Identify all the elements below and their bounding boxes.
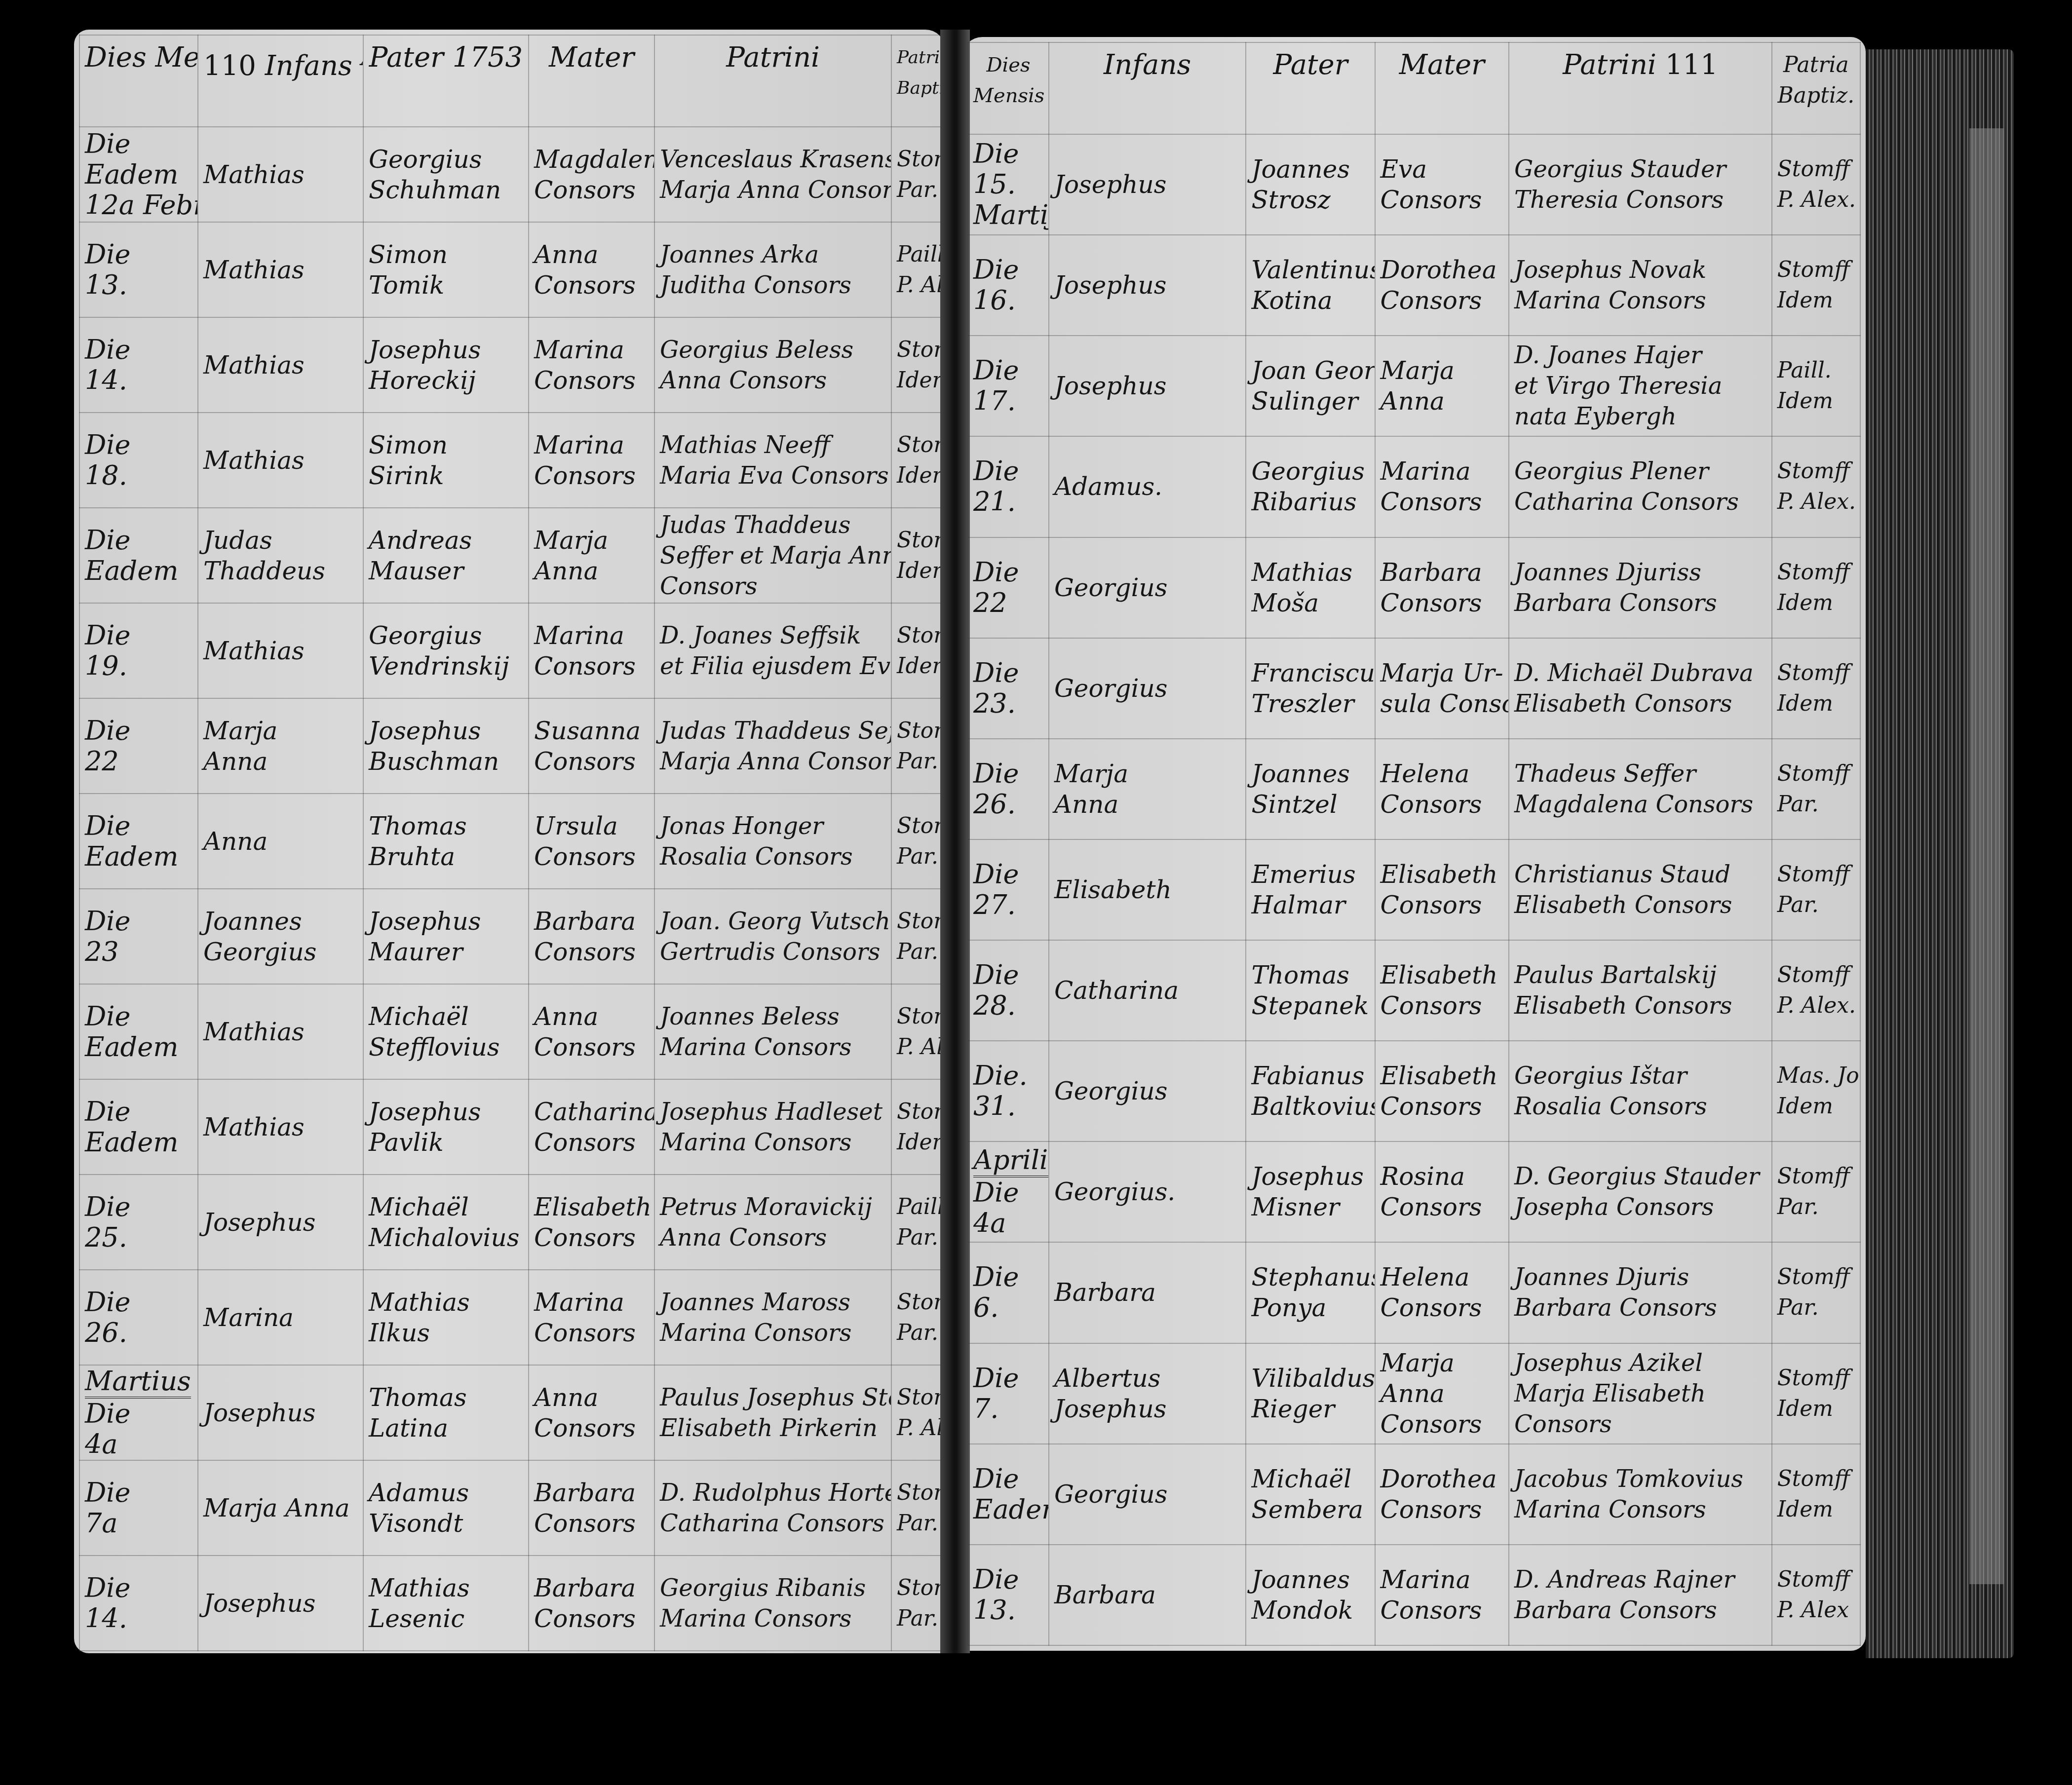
patrini-text: Jonas Honger [660, 811, 886, 841]
register-entry-row: Die.31.GeorgiusFabianusBaltkoviusElisabe… [968, 1041, 1860, 1141]
mater-text: Ursula [534, 811, 649, 841]
right-register-table: Dies Mensis Infans Pater Mater Patrini 1… [967, 42, 1861, 1646]
register-entry-row: Die22GeorgiusMathiasMošaBarbaraConsorsJo… [968, 537, 1860, 638]
mater-text: Consors [1381, 285, 1503, 316]
mater-text: Barbara [534, 1478, 649, 1508]
baptizans-text: Stomff [897, 1382, 935, 1413]
mater-text: Consors [1381, 789, 1503, 820]
date-text: 19. [85, 651, 192, 682]
register-entry-row: DieEademAnnaThomasBruhtaUrsulaConsorsJon… [79, 794, 941, 889]
cell-infans: Mathias [198, 603, 363, 698]
date-text: Die. [973, 1061, 1043, 1091]
patrini-text: et Filia ejusdem Eva [660, 651, 886, 682]
mater-text: Susanna [534, 716, 649, 746]
header-date-label: Dies Mensis [85, 41, 198, 74]
cell-mater: MarinaConsors [529, 1270, 654, 1365]
cell-baptizans: StomffIdem [1772, 1343, 1860, 1444]
patrini-text: Catharina Consors [1514, 487, 1766, 517]
patrini-text: Christianus Staud [1514, 859, 1766, 890]
register-entry-row: DieEademJudasThaddeusAndreasMauserMarjaA… [79, 508, 941, 603]
header-infans-label: Infans [1104, 49, 1191, 81]
date-text: Die [85, 1192, 192, 1222]
mater-text: Consors [1381, 185, 1503, 215]
pater-text: Josephus [369, 1097, 523, 1127]
infans-text: Mathias [203, 159, 358, 190]
mater-text: Eva [1381, 154, 1503, 185]
baptizans-text: Stomff [1777, 1161, 1855, 1192]
pater-text: Rieger [1251, 1394, 1369, 1424]
header-baptizans: Patrini Baptiz. [891, 35, 941, 127]
date-text: Eadem [85, 159, 192, 190]
pater-text: Josephus [369, 335, 523, 365]
mater-text: Consors [1381, 1409, 1503, 1440]
infans-text: Josephus [203, 1207, 358, 1238]
cell-pater: MathiasMoša [1246, 537, 1375, 638]
cell-date: MartiusDie4a [79, 1365, 198, 1460]
cell-patrini: Josephus HadlesetMarina Consors [654, 1079, 891, 1175]
cell-infans: JoannesGeorgius [198, 889, 363, 984]
patrini-text: Anna Consors [660, 1222, 886, 1253]
patrini-text: Thadeus Seffer [1514, 759, 1766, 789]
cell-date: DieEadem [79, 508, 198, 603]
cell-baptizans: StomffIdem [1772, 638, 1860, 739]
mater-text: Catharina [534, 1097, 649, 1127]
register-entry-row: Die14.JosephusMathiasLesenicBarbaraConso… [79, 1556, 941, 1651]
date-text: Die [85, 620, 192, 651]
cell-infans: Georgius [1049, 638, 1246, 739]
cell-date: Die26. [79, 1270, 198, 1365]
pater-text: Franciscus [1251, 658, 1369, 688]
baptizans-text: P. Alex [1777, 1595, 1855, 1626]
patrini-text: Marja Anna Consors [660, 175, 886, 205]
cell-infans: Mathias [198, 127, 363, 222]
cell-baptizans: StomffIdem [891, 317, 941, 413]
cell-infans: AlbertusJosephus [1049, 1343, 1246, 1444]
baptizans-text: Idem [1777, 386, 1855, 417]
pater-text: Thomas [369, 811, 523, 841]
patrini-text: Josephus Novak [1514, 255, 1766, 285]
cell-mater: UrsulaConsors [529, 794, 654, 889]
cell-pater: MathiasLesenic [363, 1556, 529, 1651]
cell-mater: MarjaAnna [1375, 336, 1509, 436]
cell-mater: MarinaConsors [529, 603, 654, 698]
mater-text: Barbara [534, 1573, 649, 1603]
cell-pater: JosephusHoreckij [363, 317, 529, 413]
baptizans-text: Idem [1777, 285, 1855, 316]
register-entry-row: Die7.AlbertusJosephusVilibaldusRiegerMar… [968, 1343, 1860, 1444]
date-text: Die [973, 557, 1043, 588]
patrini-text: Barbara Consors [1514, 1595, 1766, 1626]
mater-text: Marina [534, 335, 649, 365]
cell-mater: ElisabethConsors [529, 1175, 654, 1270]
pater-text: Georgius [369, 620, 523, 651]
header-patrini: Patrini 111 [1509, 42, 1772, 134]
date-text: Eadem [85, 1032, 192, 1063]
mater-text: Consors [1381, 1091, 1503, 1122]
cell-patrini: Georgius RibanisMarina Consors [654, 1556, 891, 1651]
register-entry-row: MartiusDie4aJosephusThomasLatinaAnnaCons… [79, 1365, 941, 1460]
cell-mater: DorotheaConsors [1375, 235, 1509, 336]
mater-text: Consors [534, 841, 649, 872]
mater-text: Consors [1381, 890, 1503, 920]
cell-baptizans: StomffPar. [891, 698, 941, 794]
baptizans-text: Par. [897, 1508, 935, 1539]
infans-text: Joannes [203, 906, 358, 937]
register-entry-row: Die21.Adamus.GeorgiusRibariusMarinaConso… [968, 436, 1860, 537]
cell-baptizans: StomffIdem [891, 508, 941, 603]
date-text: Die [85, 430, 192, 460]
header-mater-label: Mater [1399, 49, 1485, 81]
date-text: 16. [973, 285, 1043, 316]
pater-text: Josephus [369, 716, 523, 746]
cell-pater: AdamusVisondt [363, 1460, 529, 1556]
pater-text: Kotina [1251, 285, 1369, 316]
cell-infans: Josephus [1049, 336, 1246, 436]
baptizans-text: Stomff [897, 620, 935, 651]
baptizans-text: Stomff [1777, 759, 1855, 789]
cell-pater: GeorgiusVendrinskij [363, 603, 529, 698]
date-text: Die [85, 811, 192, 841]
cell-date: Die14. [79, 317, 198, 413]
cell-infans: MarjaAnna [1049, 739, 1246, 839]
date-text: Eadem [85, 556, 192, 586]
mater-text: Consors [1381, 588, 1503, 618]
date-text: 4a [973, 1208, 1043, 1239]
date-text: 7a [85, 1508, 192, 1539]
cell-baptizans: StomffPar. [1772, 839, 1860, 940]
cell-patrini: Jacobus TomkoviusMarina Consors [1509, 1444, 1772, 1545]
patrini-text: Judas Thaddeus Seffer [660, 716, 886, 746]
cell-baptizans: StomffPar. [1772, 1242, 1860, 1343]
cell-date: Die23 [79, 889, 198, 984]
pater-text: Emerius [1251, 859, 1369, 890]
cell-mater: ElisabethConsors [1375, 839, 1509, 940]
cell-pater: ThomasLatina [363, 1365, 529, 1460]
cell-mater: MagdalenaConsors [529, 127, 654, 222]
baptizans-text: Stomff [1777, 859, 1855, 890]
header-baptizans-label: Patrini Baptiz. [897, 47, 941, 98]
patrini-text: Elisabeth Consors [1514, 990, 1766, 1021]
cell-date: Die22 [968, 537, 1049, 638]
cell-mater: HelenaConsors [1375, 739, 1509, 839]
mater-text: Anna [534, 239, 649, 270]
patrini-text: Joannes Beless [660, 1001, 886, 1032]
patrini-text: Rosalia Consors [660, 841, 886, 872]
cell-infans: Mathias [198, 413, 363, 508]
patrini-text: Magdalena Consors [1514, 789, 1766, 820]
date-text: Die [85, 525, 192, 556]
mater-text: Barbara [534, 906, 649, 937]
date-text: 26. [85, 1318, 192, 1348]
date-text: Die [85, 335, 192, 365]
pater-text: Simon [369, 430, 523, 460]
cell-pater: ValentinusKotina [1246, 235, 1375, 336]
infans-text: Elisabeth [1054, 874, 1241, 905]
patrini-text: Georgius Plener [1514, 456, 1766, 487]
mater-text: Consors [534, 1032, 649, 1063]
date-text: Die [973, 456, 1043, 487]
cell-pater: GeorgiusRibarius [1246, 436, 1375, 537]
cell-patrini: Judas Thaddeus SefferMarja Anna Consors [654, 698, 891, 794]
cell-mater: BarbaraConsors [529, 1556, 654, 1651]
cell-pater: MichaëlMichalovius [363, 1175, 529, 1270]
cell-patrini: Josephus AzikelMarja ElisabethConsors [1509, 1343, 1772, 1444]
infans-text: Georgius [203, 937, 358, 967]
pater-text: Treszler [1251, 688, 1369, 719]
cell-patrini: D. Georgius StauderJosepha Consors [1509, 1141, 1772, 1242]
cell-baptizans: StomffPar. [891, 889, 941, 984]
infans-text: Georgius [1054, 572, 1241, 603]
register-entry-row: Die26.MarinaMathiasIlkusMarinaConsorsJoa… [79, 1270, 941, 1365]
pater-text: Strosz [1251, 185, 1369, 215]
mater-text: Consors [534, 1318, 649, 1348]
mater-text: Consors [1381, 487, 1503, 517]
pater-text: Misner [1251, 1192, 1369, 1222]
register-entry-row: Die23JoannesGeorgiusJosephusMaurerBarbar… [79, 889, 941, 984]
cell-infans: Josephus [198, 1556, 363, 1651]
mater-text: Marja [1381, 1348, 1503, 1378]
pater-text: Horeckij [369, 365, 523, 396]
date-text: Die [973, 960, 1043, 990]
header-mater: Mater [529, 35, 654, 127]
cell-pater: ThomasBruhta [363, 794, 529, 889]
date-text: Die [85, 716, 192, 746]
cell-pater: AndreasMauser [363, 508, 529, 603]
cell-baptizans: Mas. Jo.Idem [1772, 1041, 1860, 1141]
baptizans-text: Idem [1777, 588, 1855, 618]
date-text: Die [973, 1262, 1043, 1292]
patrini-text: Georgius Beless [660, 335, 886, 365]
cell-baptizans: StomffIdem [891, 603, 941, 698]
date-text: 13. [973, 1595, 1043, 1626]
baptizans-text: Stomff [1777, 658, 1855, 688]
date-text: 23 [85, 937, 192, 967]
pater-text: Schuhman [369, 175, 523, 205]
baptizans-text: P. Alex [897, 270, 935, 301]
infans-text: Josephus [203, 1398, 358, 1428]
patrini-text: Georgius Stauder [1514, 154, 1766, 185]
date-text: Die [973, 255, 1043, 285]
pater-text: Bruhta [369, 841, 523, 872]
pater-text: Pavlik [369, 1127, 523, 1158]
cell-patrini: D. Joanes Hajeret Virgo Theresianata Eyb… [1509, 336, 1772, 436]
date-text: 15. [973, 169, 1043, 200]
left-header-row: Dies Mensis 110 Infans Anno Pater 1753 M… [79, 35, 941, 127]
register-entry-row: DieEademMathiasMichaëlSteffloviusAnnaCon… [79, 984, 941, 1079]
cell-mater: MarinaConsors [1375, 1545, 1509, 1645]
date-text: Die [85, 129, 192, 159]
pater-text: Michaël [369, 1192, 523, 1222]
cell-patrini: Christianus StaudElisabeth Consors [1509, 839, 1772, 940]
baptizans-text: Stomff [897, 1001, 935, 1032]
mater-text: Marja [534, 525, 649, 556]
pater-text: Andreas [369, 525, 523, 556]
cell-mater: BarbaraConsors [529, 1460, 654, 1556]
pater-text: Valentinus [1251, 255, 1369, 285]
patrini-text: Anna Consors [660, 365, 886, 396]
infans-text: Josephus [1054, 371, 1241, 401]
baptizans-text: Par. [1777, 789, 1855, 820]
cell-patrini: D. Joanes Seffsiket Filia ejusdem Eva [654, 603, 891, 698]
mater-text: Consors [534, 1127, 649, 1158]
patrini-text: Rosalia Consors [1514, 1091, 1766, 1122]
mater-text: Magdalena [534, 144, 649, 175]
pater-text: Michalovius [369, 1222, 523, 1253]
baptizans-text: Idem [1777, 1091, 1855, 1122]
cell-baptizans: StomffIdem [1772, 537, 1860, 638]
cell-baptizans: StomffPar. [891, 1556, 941, 1651]
patrini-text: Judas Thaddeus [660, 510, 886, 540]
baptizans-text: Stomff [1777, 1564, 1855, 1595]
cell-date: AprilisDie4a [968, 1141, 1049, 1242]
cell-patrini: D. Michaël DubravaElisabeth Consors [1509, 638, 1772, 739]
register-entry-row: AprilisDie4aGeorgius.JosephusMisnerRosin… [968, 1141, 1860, 1242]
cell-date: Die18. [79, 413, 198, 508]
cell-patrini: D. Andreas RajnerBarbara Consors [1509, 1545, 1772, 1645]
cell-date: DieEadem [79, 984, 198, 1079]
baptizans-text: P. Alex. [1777, 185, 1855, 215]
date-text: 31. [973, 1091, 1043, 1122]
baptizans-text: Idem [897, 365, 935, 396]
patrini-text: D. Joanes Hajer [1514, 340, 1766, 371]
baptizans-text: Stomff [1777, 1262, 1855, 1292]
infans-text: Georgius [1054, 1479, 1241, 1510]
baptizans-text: Par. [1777, 1292, 1855, 1323]
mater-text: Consors [534, 1508, 649, 1539]
pater-text: Ilkus [369, 1318, 523, 1348]
cell-pater: MichaëlStefflovius [363, 984, 529, 1079]
baptizans-text: Par. [897, 1603, 935, 1634]
baptizans-text: Stomff [897, 144, 935, 175]
cell-date: DieEadem [79, 1079, 198, 1175]
mater-text: Marina [1381, 456, 1503, 487]
infans-text: Georgius [1054, 673, 1241, 704]
pater-text: Sirink [369, 460, 523, 491]
cell-patrini: Josephus NovakMarina Consors [1509, 235, 1772, 336]
date-text: Die [973, 1177, 1043, 1208]
cell-mater: MarinaConsors [1375, 436, 1509, 537]
patrini-text: Marja Anna Consors [660, 746, 886, 777]
patrini-text: Elisabeth Pirkerin [660, 1413, 886, 1443]
register-entry-row: Die17.JosephusJoan GeorgiusSulingerMarja… [968, 336, 1860, 436]
date-text: Die [85, 1573, 192, 1603]
baptizans-text: Paill. [1777, 355, 1855, 386]
cell-patrini: Georgius IštarRosalia Consors [1509, 1041, 1772, 1141]
cell-baptizans: StomffP. Alex. [1772, 436, 1860, 537]
infans-text: Albertus [1054, 1363, 1241, 1394]
pater-text: Stepanek [1251, 990, 1369, 1021]
header-patrini-label: Patrini [1563, 49, 1656, 81]
register-entry-row: Die25.JosephusMichaëlMichaloviusElisabet… [79, 1175, 941, 1270]
baptizans-text: P. Alex. [1777, 990, 1855, 1021]
pater-text: Simon [369, 239, 523, 270]
pater-text: Stefflovius [369, 1032, 523, 1063]
mater-text: Consors [1381, 1595, 1503, 1626]
cell-patrini: Georgius StauderTheresia Consors [1509, 134, 1772, 235]
register-entry-row: Die13.BarbaraJoannesMondokMarinaConsorsD… [968, 1545, 1860, 1645]
register-entry-row: Die15.MartijJosephusJoannesStroszEvaCons… [968, 134, 1860, 235]
cell-mater: ElisabethConsors [1375, 1041, 1509, 1141]
date-text: 23. [973, 688, 1043, 719]
baptizans-text: Paill. [897, 239, 935, 270]
cell-mater: CatharinaConsors [529, 1079, 654, 1175]
cell-pater: FranciscusTreszler [1246, 638, 1375, 739]
date-text: Die [85, 1287, 192, 1318]
cell-date: DieEadem12a Februarij [79, 127, 198, 222]
patrini-text: Georgius Ribanis [660, 1573, 886, 1603]
baptizans-text: Stomff [1777, 557, 1855, 588]
header-pater: Pater 1753 [363, 35, 529, 127]
cell-infans: Catharina [1049, 940, 1246, 1041]
date-text: 4a [85, 1429, 192, 1460]
mater-text: Marja Ur- [1381, 658, 1503, 688]
cell-patrini: Judas ThaddeusSeffer et Marja AnnaConsor… [654, 508, 891, 603]
patrini-text: Theresia Consors [1514, 185, 1766, 215]
mater-text: Dorothea [1381, 255, 1503, 285]
pater-text: Tomik [369, 270, 523, 301]
infans-text: Mathias [203, 636, 358, 666]
baptizans-text: Idem [897, 1127, 935, 1158]
mater-text: Consors [534, 1222, 649, 1253]
date-text: 21. [973, 487, 1043, 517]
cell-date: Die6. [968, 1242, 1049, 1343]
patrini-text: nata Eybergh [1514, 401, 1766, 432]
cell-pater: MichaëlSembera [1246, 1444, 1375, 1545]
infans-text: Thaddeus [203, 556, 358, 586]
infans-text: Marina [203, 1302, 358, 1333]
patrini-text: Barbara Consors [1514, 588, 1766, 618]
baptizans-text: Stomff [897, 1097, 935, 1127]
cell-mater: AnnaConsors [529, 222, 654, 317]
register-entry-row: Die23.GeorgiusFranciscusTreszlerMarja Ur… [968, 638, 1860, 739]
patrini-text: Josephus Azikel [1514, 1348, 1766, 1378]
cell-baptizans: StomffIdem [1772, 235, 1860, 336]
header-baptizans-label: Patria Baptiz. [1778, 52, 1855, 108]
patrini-text: Marja Elisabeth [1514, 1378, 1766, 1409]
pater-text: Latina [369, 1413, 523, 1443]
cell-patrini: Paulus Josephus StolzElisabeth Pirkerin [654, 1365, 891, 1460]
cell-patrini: Joannes DjurissBarbara Consors [1509, 537, 1772, 638]
baptizans-text: Stomff [897, 1287, 935, 1318]
cell-pater: SimonSirink [363, 413, 529, 508]
cell-patrini: Mathias NeeffMaria Eva Consors [654, 413, 891, 508]
patrini-text: Consors [1514, 1409, 1766, 1440]
date-text: Die [973, 1464, 1043, 1494]
infans-text: Marja Anna [203, 1493, 358, 1523]
header-baptizans: Patria Baptiz. [1772, 42, 1860, 134]
register-entry-row: Die18.MathiasSimonSirinkMarinaConsorsMat… [79, 413, 941, 508]
cell-date: Die19. [79, 603, 198, 698]
pater-text: Mathias [1251, 557, 1369, 588]
patrini-text: Juditha Consors [660, 270, 886, 301]
cell-infans: Barbara [1049, 1242, 1246, 1343]
date-text: 22 [973, 588, 1043, 618]
cell-pater: StephanusPonya [1246, 1242, 1375, 1343]
infans-text: Mathias [203, 1017, 358, 1047]
mater-text: Anna [534, 1382, 649, 1413]
baptizans-text: Par. [897, 1318, 935, 1348]
patrini-text: Elisabeth Consors [1514, 890, 1766, 920]
mater-text: Consors [534, 651, 649, 682]
cell-mater: EvaConsors [1375, 134, 1509, 235]
cell-patrini: Venceslaus KrasenskijMarja Anna Consors [654, 127, 891, 222]
pater-text: Joannes [1251, 154, 1369, 185]
pater-text: Mauser [369, 556, 523, 586]
pater-text: Sembera [1251, 1494, 1369, 1525]
baptizans-text: Par. [1777, 1192, 1855, 1222]
register-entry-row: Die7aMarja AnnaAdamusVisondtBarbaraConso… [79, 1460, 941, 1556]
baptizans-text: Stomff [1777, 456, 1855, 487]
